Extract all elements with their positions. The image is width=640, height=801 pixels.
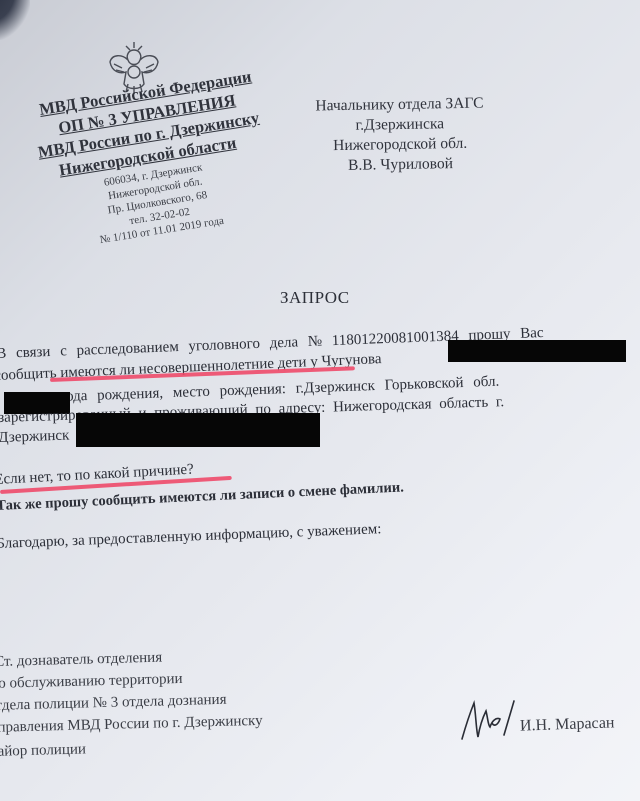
- letterhead-stamp: МВД Российской Федерации ОП № 3 УПРАВЛЕН…: [20, 40, 310, 280]
- addressee-block: Начальнику отдела ЗАГС г.Дзержинска Ниже…: [299, 93, 500, 176]
- position-line: Управления МВД России по г. Дзержинску: [0, 713, 263, 737]
- document-title: ЗАПРОС: [280, 288, 350, 308]
- thanks-line: Благодарю, за предоставленную информацию…: [0, 521, 382, 553]
- redaction-surname: [448, 340, 626, 362]
- redaction-address: [76, 413, 320, 447]
- body-line-5: Дзержинск: [0, 428, 70, 447]
- signer-name: И.Н. Марасан: [520, 714, 615, 735]
- position-line: отдела полиции № 3 отдела дознания: [0, 692, 227, 715]
- position-line: Ст. дознаватель отделения: [0, 650, 162, 671]
- body-text: сообщить: [0, 365, 57, 384]
- addressee-line: В.В. Чуриловой: [300, 153, 500, 176]
- rank-line: майор полиции: [0, 741, 86, 761]
- addressee-line: Начальнику отдела ЗАГС: [299, 93, 499, 116]
- handwritten-signature-icon: [458, 695, 518, 745]
- folder-corner: [0, 0, 30, 40]
- document-photo: МВД Российской Федерации ОП № 3 УПРАВЛЕН…: [0, 0, 640, 801]
- position-line: по обслуживанию территории: [0, 671, 183, 693]
